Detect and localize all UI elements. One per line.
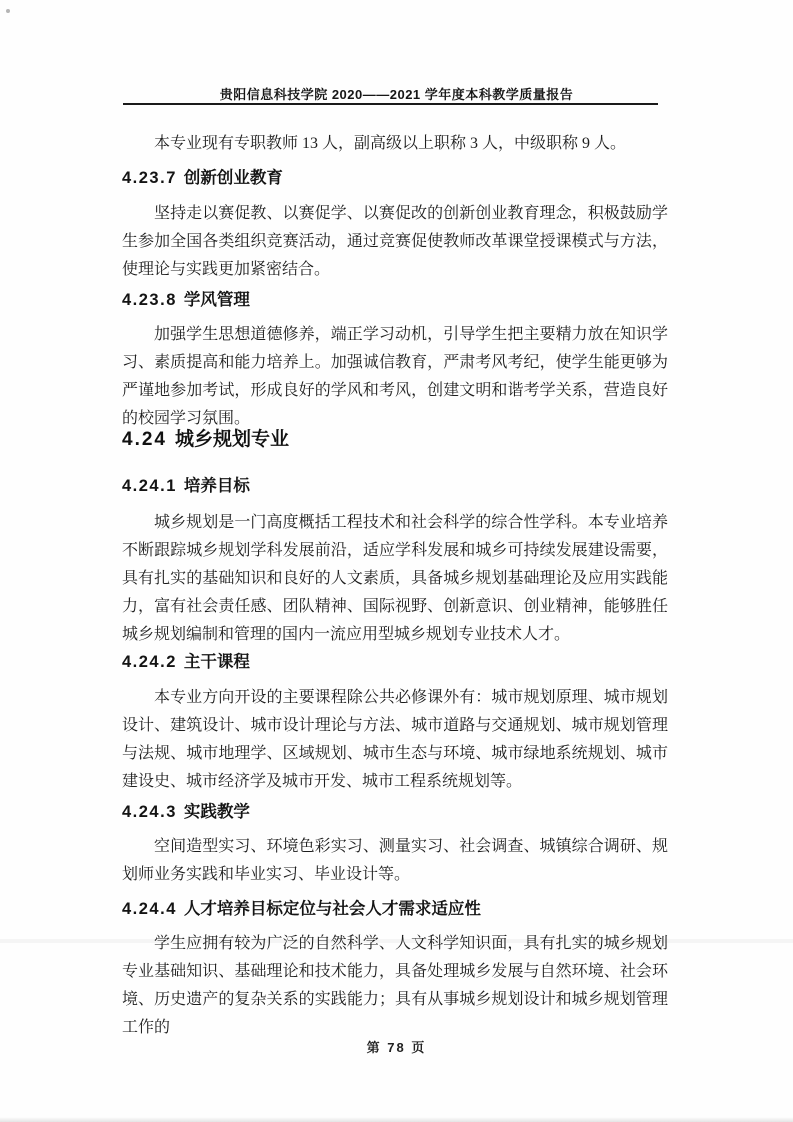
section-number: 4.23.7 (122, 169, 177, 187)
page-header-title: 贵阳信息科技学院 2020——2021 学年度本科教学质量报告 (0, 84, 793, 103)
section-heading-4-24-1: 4.24.1培养目标 (122, 475, 668, 497)
chapter-title: 城乡规划专业 (175, 429, 289, 450)
section-paragraph-4-24-1: 城乡规划是一门高度概括工程技术和社会科学的综合性学科。本专业培养不断跟踪城乡规划… (122, 509, 668, 649)
page-number: 第 78 页 (0, 1037, 793, 1056)
section-paragraph-4-23-8: 加强学生思想道德修养，端正学习动机，引导学生把主要精力放在知识学习、素质提高和能… (122, 321, 668, 433)
chapter-number: 4.24 (122, 429, 167, 450)
chapter-heading-4-24: 4.24城乡规划专业 (122, 427, 668, 453)
section-number: 4.23.8 (122, 291, 177, 309)
section-title: 人才培养目标定位与社会人才需求适应性 (184, 900, 481, 918)
section-title: 创新创业教育 (184, 169, 283, 187)
section-number: 4.24.3 (122, 803, 177, 821)
section-paragraph-4-24-2: 本专业方向开设的主要课程除公共必修课外有：城市规划原理、城市规划设计、建筑设计、… (122, 684, 668, 796)
section-paragraph-4-24-3: 空间造型实习、环境色彩实习、测量实习、社会调查、城镇综合调研、规划师业务实践和毕… (122, 833, 668, 889)
section-paragraph-4-24-4: 学生应拥有较为广泛的自然科学、人文科学知识面，具有扎实的城乡规划专业基础知识、基… (122, 930, 668, 1042)
section-heading-4-24-2: 4.24.2主干课程 (122, 651, 668, 673)
section-heading-4-23-7: 4.23.7创新创业教育 (122, 167, 668, 189)
section-title: 主干课程 (184, 653, 250, 671)
section-number: 4.24.4 (122, 900, 177, 918)
section-heading-4-24-4: 4.24.4人才培养目标定位与社会人才需求适应性 (122, 898, 668, 920)
section-number: 4.24.1 (122, 477, 177, 495)
document-page: 贵阳信息科技学院 2020——2021 学年度本科教学质量报告 本专业现有专职教… (0, 0, 793, 1122)
scan-speck (6, 9, 10, 13)
scan-bottom-edge (0, 1117, 793, 1122)
section-heading-4-23-8: 4.23.8学风管理 (122, 289, 668, 311)
header-rule (123, 103, 658, 105)
section-title: 学风管理 (184, 291, 250, 309)
section-number: 4.24.2 (122, 653, 177, 671)
section-title: 培养目标 (184, 477, 250, 495)
section-heading-4-24-3: 4.24.3实践教学 (122, 801, 668, 823)
section-title: 实践教学 (184, 803, 250, 821)
intro-paragraph: 本专业现有专职教师 13 人，副高级以上职称 3 人，中级职称 9 人。 (122, 130, 668, 158)
section-paragraph-4-23-7: 坚持走以赛促教、以赛促学、以赛促改的创新创业教育理念，积极鼓励学生参加全国各类组… (122, 200, 668, 284)
